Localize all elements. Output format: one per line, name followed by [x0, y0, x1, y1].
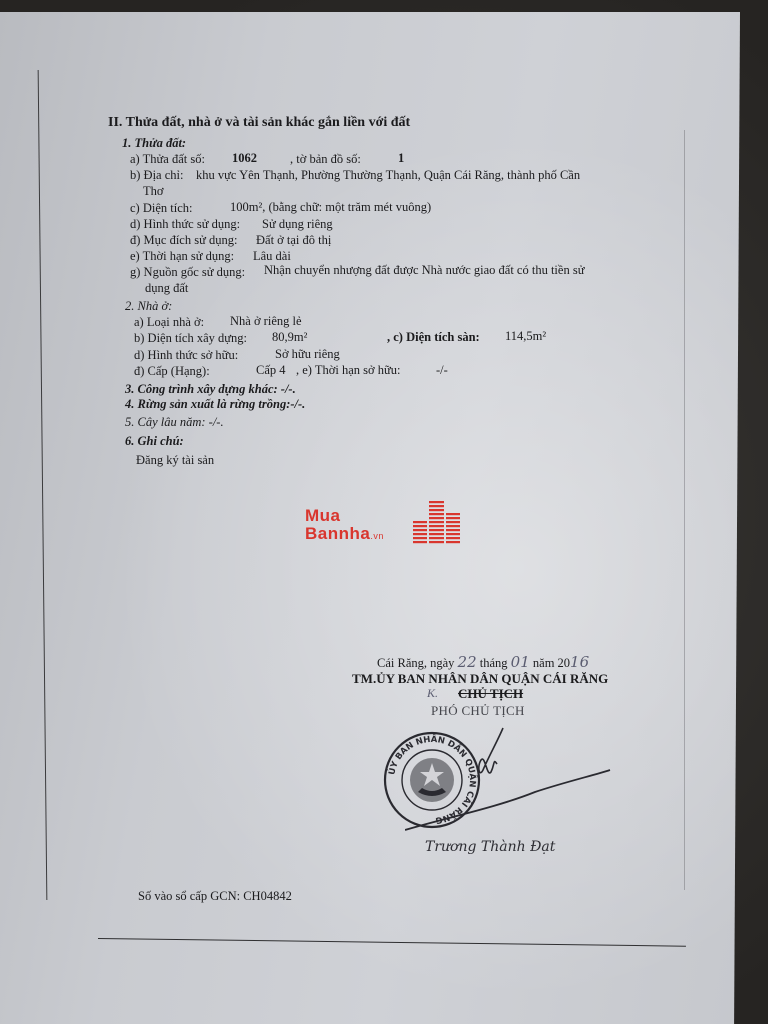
own-term-value: -/-: [436, 363, 448, 378]
notes-value: Đăng ký tài sản: [136, 453, 214, 468]
floor-area-value: 114,5m²: [505, 329, 546, 344]
registry-value: CH04842: [243, 889, 292, 903]
issuing-authority: TM.ỦY BAN NHÂN DÂN QUẬN CÁI RĂNG: [352, 671, 608, 687]
production-forest: 4. Rừng sản xuất là rừng trồng:-/-.: [125, 397, 305, 412]
parcel-label: a) Thửa đất số:: [130, 152, 205, 167]
purpose-value: Đất ở tại đô thị: [256, 233, 331, 248]
title-mark: K.: [427, 686, 438, 701]
floor-area-label: , c) Diện tích sàn:: [387, 330, 480, 345]
origin-label: g) Nguồn gốc sử dụng:: [130, 265, 245, 280]
area-label: c) Diện tích:: [130, 201, 192, 216]
area-value: 100m², (bằng chữ: một trăm mét vuông): [230, 200, 431, 215]
house-type-value: Nhà ở riêng lẻ: [230, 314, 302, 329]
left-margin-line: [38, 70, 48, 900]
address-line-1: khu vực Yên Thạnh, Phường Thường Thạnh, …: [196, 168, 580, 183]
date-day: 22: [458, 653, 477, 671]
date-month: 01: [511, 653, 530, 671]
registry-line: Số vào sổ cấp GCN: CH04842: [138, 889, 292, 904]
map-sheet-label: , tờ bản đồ số:: [290, 152, 361, 167]
house-type-label: a) Loại nhà ở:: [134, 315, 204, 330]
origin-line-1: Nhận chuyển nhượng đất được Nhà nước gia…: [264, 263, 584, 278]
date-year: 16: [570, 653, 589, 671]
land-heading: 1. Thửa đất:: [122, 136, 186, 151]
origin-line-2: dụng đất: [145, 281, 188, 296]
signer-name: Trương Thành Đạt: [425, 839, 555, 855]
ownership-value: Sở hữu riêng: [275, 347, 340, 362]
term-label: e) Thời hạn sử dụng:: [130, 249, 234, 264]
other-construction: 3. Công trình xây dựng khác: -/-.: [125, 382, 296, 397]
parcel-number: 1062: [232, 151, 257, 166]
house-heading: 2. Nhà ở:: [125, 299, 172, 314]
date-line: Cái Răng, ngày 22 tháng 01 năm 2016: [377, 653, 589, 671]
map-sheet-number: 1: [398, 151, 404, 166]
build-area-label: b) Diện tích xây dựng:: [134, 331, 247, 346]
registry-label: Số vào sổ cấp GCN:: [138, 889, 240, 903]
muabannha-watermark: Mua Bannha.vn: [305, 507, 465, 552]
right-margin-line: [684, 130, 685, 890]
grade-value: Cấp 4: [256, 363, 286, 378]
address-line-2: Thơ: [143, 184, 164, 199]
certificate-page: II. Thửa đất, nhà ở và tài sản khác gắn …: [0, 12, 740, 1024]
ownership-label: d) Hình thức sở hữu:: [134, 348, 238, 363]
section-title: II. Thửa đất, nhà ở và tài sản khác gắn …: [108, 115, 410, 131]
title-vice-chairman: PHÓ CHỦ TỊCH: [431, 703, 525, 719]
purpose-label: đ) Mục đích sử dụng:: [130, 233, 237, 248]
notes-heading: 6. Ghi chú:: [125, 434, 184, 449]
address-label: b) Địa chỉ:: [130, 168, 183, 183]
own-term-label: , e) Thời hạn sở hữu:: [296, 363, 400, 378]
buildings-icon: [413, 499, 465, 545]
title-chairman: CHỦ TỊCH: [458, 686, 523, 702]
perennial-trees: 5. Cây lâu năm: -/-.: [125, 415, 224, 430]
grade-label: đ) Cấp (Hạng):: [134, 364, 210, 379]
build-area-value: 80,9m²: [272, 330, 307, 345]
signature-icon: [405, 720, 615, 850]
bottom-rule: [98, 938, 686, 947]
use-form-label: d) Hình thức sử dụng:: [130, 217, 240, 232]
term-value: Lâu dài: [253, 249, 291, 264]
watermark-text: Mua Bannha.vn: [305, 507, 384, 545]
use-form-value: Sử dụng riêng: [262, 217, 333, 232]
